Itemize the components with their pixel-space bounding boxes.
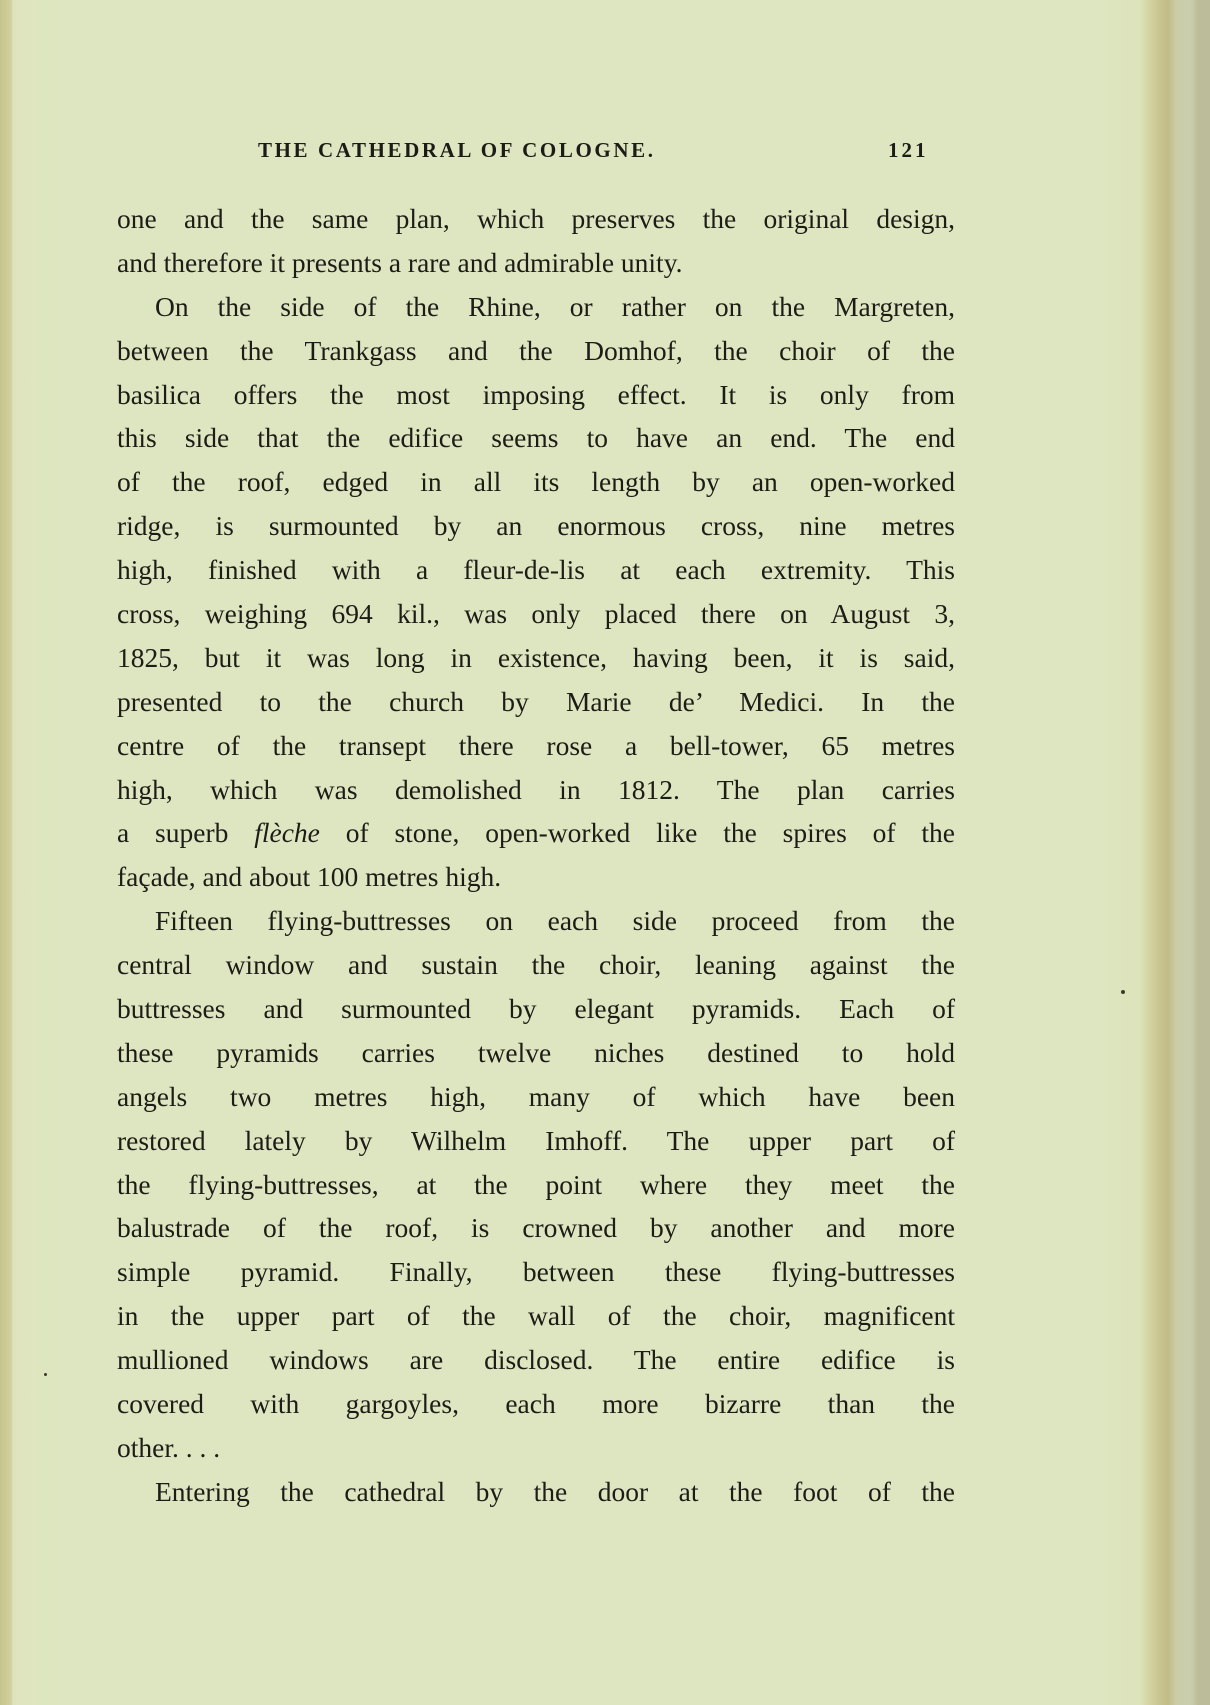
text-line: other. . . . bbox=[117, 1426, 955, 1470]
text-line-with-italic: a superb flèche of stone, open-worked li… bbox=[117, 811, 955, 855]
page-right-edge-shadow bbox=[1140, 0, 1210, 1705]
paragraph-start-line: Entering the cathedral by the door at th… bbox=[117, 1470, 955, 1514]
text-line: these pyramids carries twelve niches des… bbox=[117, 1031, 955, 1075]
text-line: and therefore it presents a rare and adm… bbox=[117, 241, 955, 285]
text-line: cross, weighing 694 kil., was only place… bbox=[117, 592, 955, 636]
text-line: restored lately by Wilhelm Imhoff. The u… bbox=[117, 1119, 955, 1163]
book-page: THE CATHEDRAL OF COLOGNE. 121 one and th… bbox=[0, 0, 1210, 1705]
text-line: balustrade of the roof, is crowned by an… bbox=[117, 1206, 955, 1250]
paragraph-start-line: Fifteen flying-buttresses on each side p… bbox=[117, 899, 955, 943]
text-line: high, which was demolished in 1812. The … bbox=[117, 768, 955, 812]
running-head: THE CATHEDRAL OF COLOGNE. 121 bbox=[258, 138, 938, 168]
text-line: angels two metres high, many of which ha… bbox=[117, 1075, 955, 1119]
text-line: presented to the church by Marie de’ Med… bbox=[117, 680, 955, 724]
paragraph-start-line: On the side of the Rhine, or rather on t… bbox=[117, 285, 955, 329]
text-line: 1825, but it was long in existence, havi… bbox=[117, 636, 955, 680]
running-head-title: THE CATHEDRAL OF COLOGNE. bbox=[258, 138, 656, 163]
text-line: the flying-buttresses, at the point wher… bbox=[117, 1163, 955, 1207]
italic-word-fleche: flèche bbox=[254, 817, 320, 848]
page-number: 121 bbox=[888, 138, 929, 163]
page-left-edge bbox=[0, 0, 14, 1705]
text-line: façade, and about 100 metres high. bbox=[117, 855, 955, 899]
body-text: one and the same plan, which preserves t… bbox=[117, 197, 955, 1514]
text-segment: a superb bbox=[117, 817, 254, 848]
text-line: one and the same plan, which preserves t… bbox=[117, 197, 955, 241]
paper-speck bbox=[1121, 990, 1125, 994]
paper-speck bbox=[44, 1373, 47, 1376]
text-line: high, finished with a fleur-de-lis at ea… bbox=[117, 548, 955, 592]
text-line: central window and sustain the choir, le… bbox=[117, 943, 955, 987]
text-line: covered with gargoyles, each more bizarr… bbox=[117, 1382, 955, 1426]
text-line: this side that the edifice seems to have… bbox=[117, 416, 955, 460]
text-line: basilica offers the most imposing effect… bbox=[117, 373, 955, 417]
text-line: mullioned windows are disclosed. The ent… bbox=[117, 1338, 955, 1382]
text-line: in the upper part of the wall of the cho… bbox=[117, 1294, 955, 1338]
text-line: ridge, is surmounted by an enormous cros… bbox=[117, 504, 955, 548]
text-line: between the Trankgass and the Domhof, th… bbox=[117, 329, 955, 373]
text-line: of the roof, edged in all its length by … bbox=[117, 460, 955, 504]
text-line: centre of the transept there rose a bell… bbox=[117, 724, 955, 768]
text-line: simple pyramid. Finally, between these f… bbox=[117, 1250, 955, 1294]
text-segment: of stone, open-worked like the spires of… bbox=[320, 817, 955, 848]
text-line: buttresses and surmounted by elegant pyr… bbox=[117, 987, 955, 1031]
